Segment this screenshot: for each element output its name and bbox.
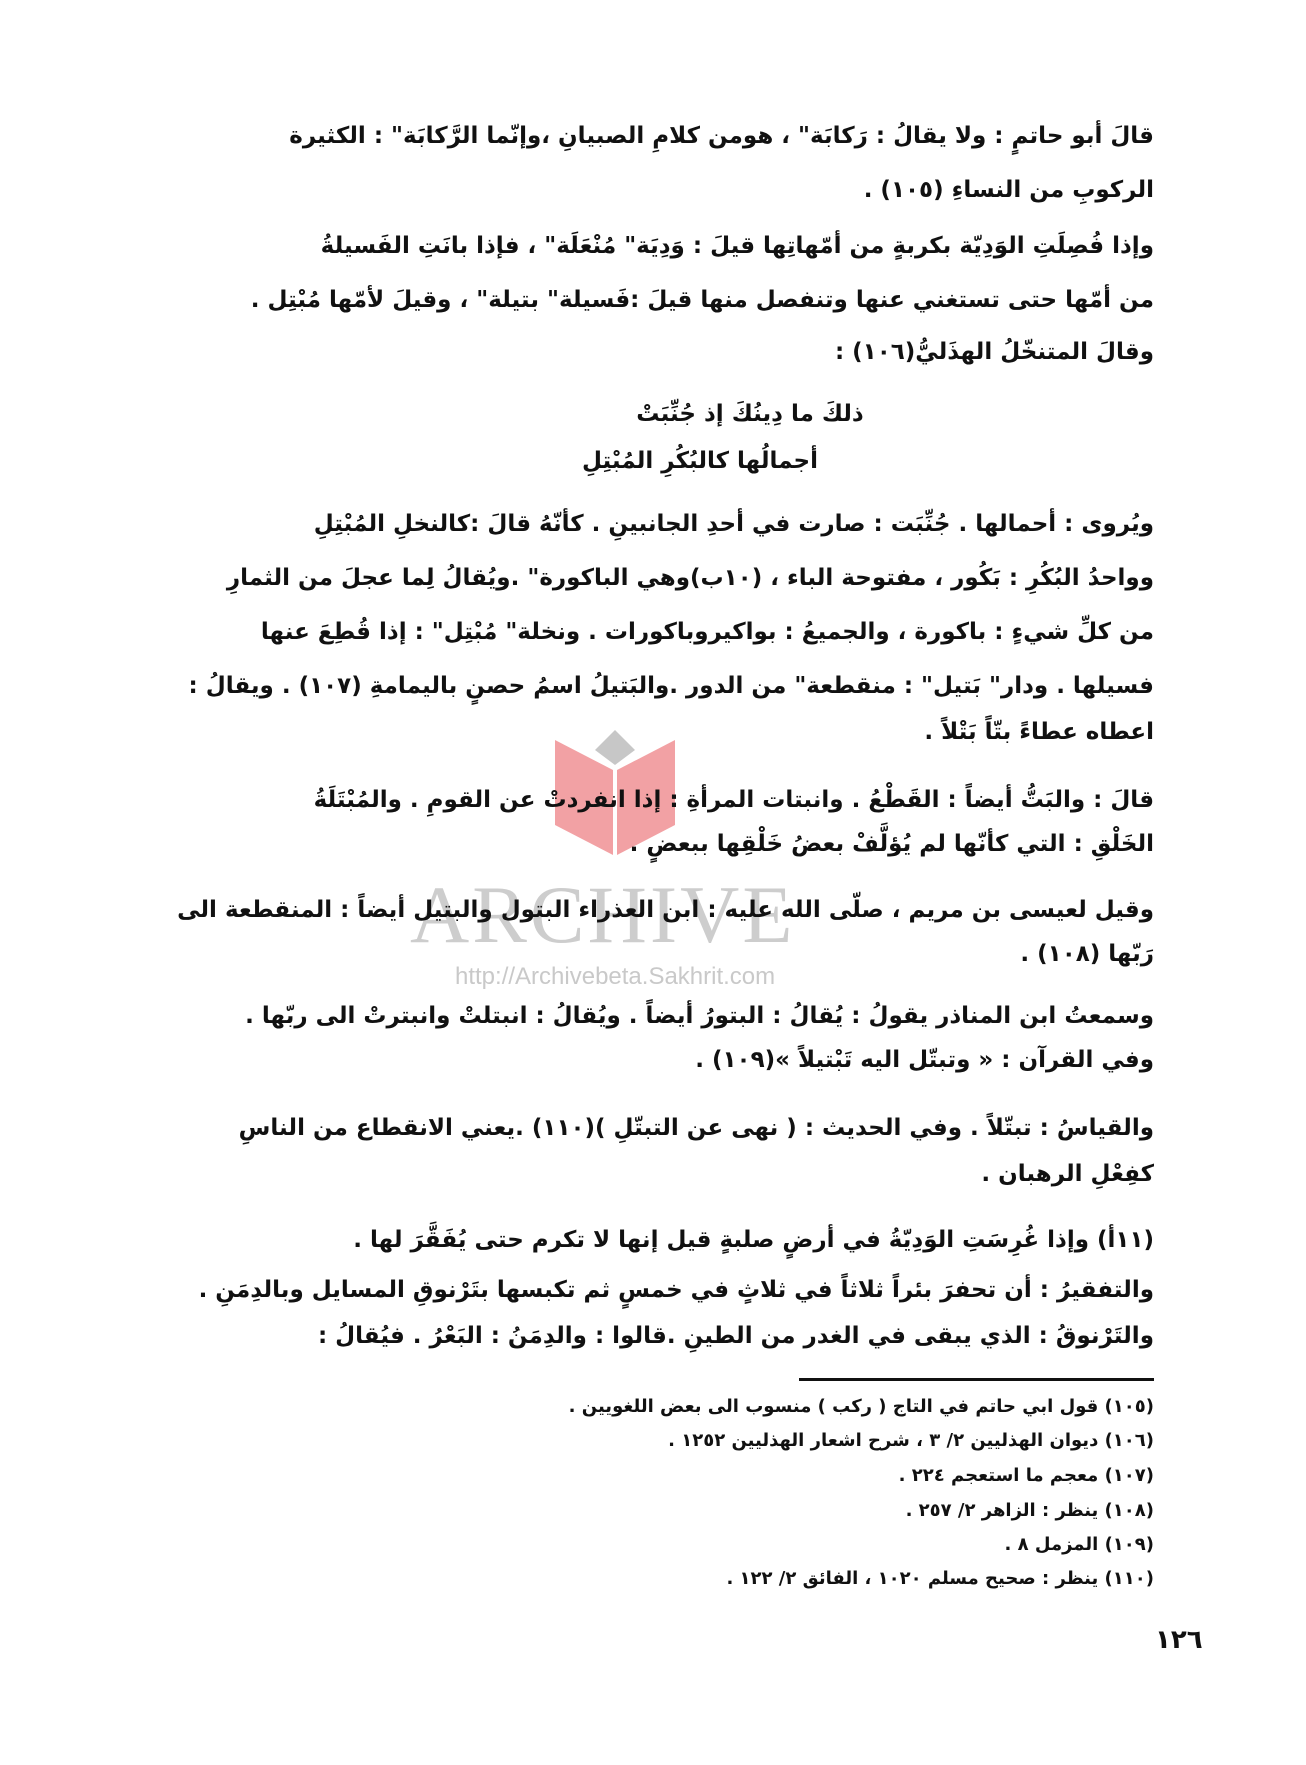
footnote-separator [799,1378,1154,1381]
text-line: قالَ : والبَتُّ أيضاً : القَطْعُ . وانبت… [314,782,1154,818]
text-line: وقيل لعيسى بن مريم ، صلّى الله عليه : اب… [177,892,1154,928]
text-line: رَبّها (١٠٨) . [1020,936,1154,972]
text-line: الركوبِ من النساءِ (١٠٥) . [864,172,1154,208]
footnote: (١٠٩) المزمل ٨ . [1005,1530,1154,1560]
footnote: (١٠٧) معجم ما استعجم ٢٢٤ . [899,1461,1154,1491]
text-line: ويُروى : أحمالها . جُنِّبَت : صارت في أح… [314,506,1154,542]
scanned-page: ARCHIVE http://Archivebeta.Sakhrit.com ق… [0,0,1306,1765]
footnote: (١١٠) ينظر : صحيح مسلم ١٠٢٠ ، الفائق ٢/ … [726,1564,1154,1594]
text-line: والتَرْنوقُ : الذي يبقى في الغدر من الطي… [318,1318,1154,1354]
text-line: والتفقيرُ : أن تحفرَ بئراً ثلاثاً في ثلا… [199,1272,1154,1308]
footnote: (١٠٥) قول ابي حاتم في التاج ( ركب ) منسو… [569,1392,1154,1422]
text-line: وسمعتُ ابن المناذر يقولُ : يُقالُ : البت… [245,998,1154,1034]
page-number: ١٢٦ [1155,1625,1203,1655]
text-line: فسيلها . ودار" بَتيل" : منقطعة" من الدور… [189,668,1154,704]
text-line: الخَلْقِ : التي كأنّها لم يُؤلَّفْ بعضُ … [630,826,1154,862]
text-line: كفِعْلِ الرهبان . [981,1156,1154,1192]
text-line: قالَ أبو حاتمٍ : ولا يقالُ : رَكابَة" ، … [289,118,1154,154]
footnote: (١٠٦) ديوان الهذليين ٢/ ٣ ، شرح اشعار ال… [668,1426,1154,1456]
text-line: والقياسُ : تبتّلاً . وفي الحديث : ( نهى … [239,1110,1154,1146]
text-line: وقالَ المتنخّلُ الهذَليُّ(١٠٦) : [835,334,1154,370]
text-line: وواحدُ البُكُرِ : بَكُور ، مفتوحة الباء … [227,560,1154,596]
text-line: (١١أ) وإذا غُرِسَتِ الوَدِيّةُ في أرضٍ ص… [353,1222,1154,1258]
text-line: وفي القرآن : « وتبتّل اليه تَبْتيلاً »(١… [695,1042,1154,1078]
verse-line: أجمالُها كالبُكُرِ المُبْتِلِ [460,443,940,479]
text-line: من كلِّ شيءٍ : باكورة ، والجميعُ : بواكي… [261,614,1154,650]
text-line: وإذا فُصِلَتِ الوَدِيّة بكربةٍ من أمّهات… [321,228,1154,264]
footnote: (١٠٨) ينظر : الزاهر ٢/ ٢٥٧ . [906,1496,1154,1526]
verse-line: ذلكَ ما دِينُكَ إذ جُنِّبَتْ [560,396,940,432]
text-line: من أمّها حتى تستغني عنها وتنفصل منها قيل… [251,282,1154,318]
watermark-url: http://Archivebeta.Sakhrit.com [455,963,775,991]
text-line: اعطاه عطاءً بتّاً بَتْلاً . [924,714,1154,750]
